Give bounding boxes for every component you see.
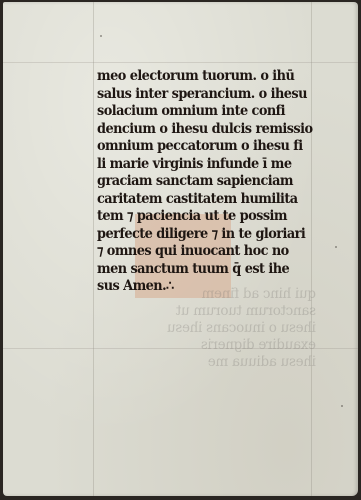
- text-line: tem ⁊ paciencia ut te possim: [97, 208, 292, 226]
- ruling-line-left: [93, 2, 94, 496]
- text-line: dencium o ihesu dulcis remissio: [97, 121, 292, 139]
- ghost-line: ihesu o inuocans ihesu: [91, 320, 316, 337]
- text-line: perfecte diligere ⁊ in te gloriari: [97, 226, 292, 244]
- ink-speck: [335, 246, 337, 248]
- text-line: ⁊ omnes qui inuocant hoc no: [97, 243, 292, 261]
- verso-show-through-text: qui hinc ad finem sanctorum tuorum ut ih…: [91, 286, 316, 371]
- ink-speck: [341, 405, 343, 407]
- ruling-line-right: [311, 2, 312, 496]
- text-line: li marie virginis infunde ī me: [97, 156, 292, 174]
- ghost-line: sanctorum tuorum ut: [91, 303, 316, 320]
- text-line: men sanctum tuum q̄ est ihe: [97, 261, 292, 279]
- text-line: solacium omnium inte confi: [97, 103, 292, 121]
- ink-speck: [100, 35, 102, 37]
- text-line: sus Amen.∴: [97, 278, 292, 296]
- manuscript-page: qui hinc ad finem sanctorum tuorum ut ih…: [3, 2, 358, 496]
- manuscript-text-block: meo electorum tuorum. o ihū salus inter …: [97, 68, 309, 296]
- text-line: omnium peccatorum o ihesu fi: [97, 138, 292, 156]
- text-line: salus inter sperancium. o ihesu: [97, 86, 292, 104]
- ghost-line: ihesu adiuua me: [91, 354, 316, 371]
- text-line: graciam sanctam sapienciam: [97, 173, 292, 191]
- ruling-line-top: [3, 62, 358, 63]
- ghost-line: exaudire digneris: [91, 337, 316, 354]
- text-line: meo electorum tuorum. o ihū: [97, 68, 292, 86]
- text-line: caritatem castitatem humilita: [97, 191, 292, 209]
